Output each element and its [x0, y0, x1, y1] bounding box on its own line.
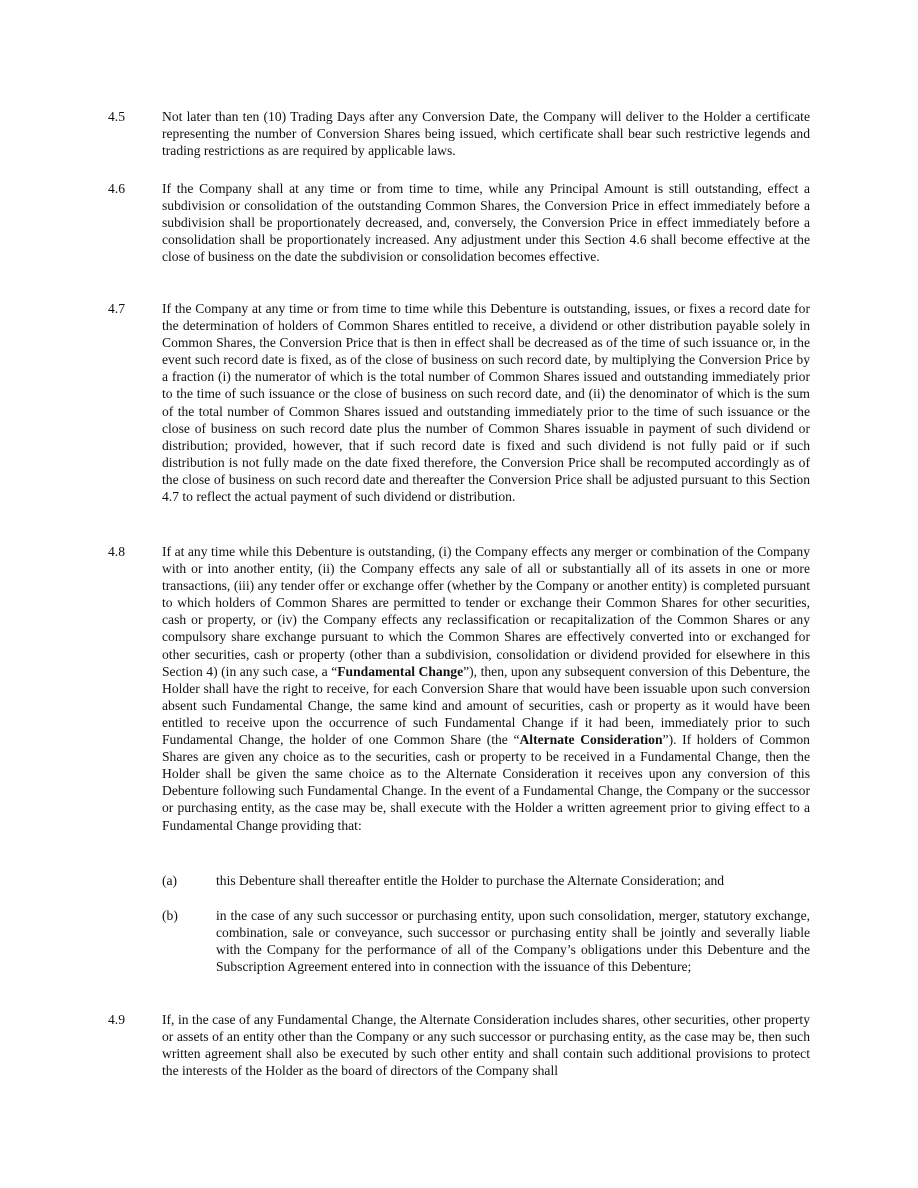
subsection-a: (a) this Debenture shall thereafter enti… — [162, 872, 810, 889]
section-text: Not later than ten (10) Trading Days aft… — [162, 108, 810, 159]
subsection-label: (a) — [162, 872, 212, 889]
defined-term-alternate-consideration: Alternate Consideration — [519, 732, 662, 747]
subsection-label: (b) — [162, 907, 212, 924]
section-4-7: 4.7 If the Company at any time or from t… — [108, 300, 810, 505]
section-text-part: ”). If holders of Common Shares are give… — [162, 732, 810, 832]
document-page: 4.5 Not later than ten (10) Trading Days… — [0, 0, 918, 1188]
section-4-9: 4.9 If, in the case of any Fundamental C… — [108, 1011, 810, 1079]
section-text: If the Company shall at any time or from… — [162, 180, 810, 265]
section-text-part: If at any time while this Debenture is o… — [162, 544, 810, 679]
section-number: 4.9 — [108, 1011, 158, 1028]
section-text: If the Company at any time or from time … — [162, 300, 810, 505]
section-number: 4.8 — [108, 543, 158, 560]
defined-term-fundamental-change: Fundamental Change — [337, 664, 463, 679]
section-number: 4.6 — [108, 180, 158, 197]
section-4-5: 4.5 Not later than ten (10) Trading Days… — [108, 108, 810, 159]
subsection-b: (b) in the case of any such successor or… — [162, 907, 810, 975]
section-4-6: 4.6 If the Company shall at any time or … — [108, 180, 810, 265]
subsection-text: in the case of any such successor or pur… — [216, 907, 810, 975]
section-4-8: 4.8 If at any time while this Debenture … — [108, 543, 810, 834]
subsection-text: this Debenture shall thereafter entitle … — [216, 872, 810, 889]
section-number: 4.5 — [108, 108, 158, 125]
section-text: If, in the case of any Fundamental Chang… — [162, 1011, 810, 1079]
section-text: If at any time while this Debenture is o… — [162, 543, 810, 834]
section-number: 4.7 — [108, 300, 158, 317]
